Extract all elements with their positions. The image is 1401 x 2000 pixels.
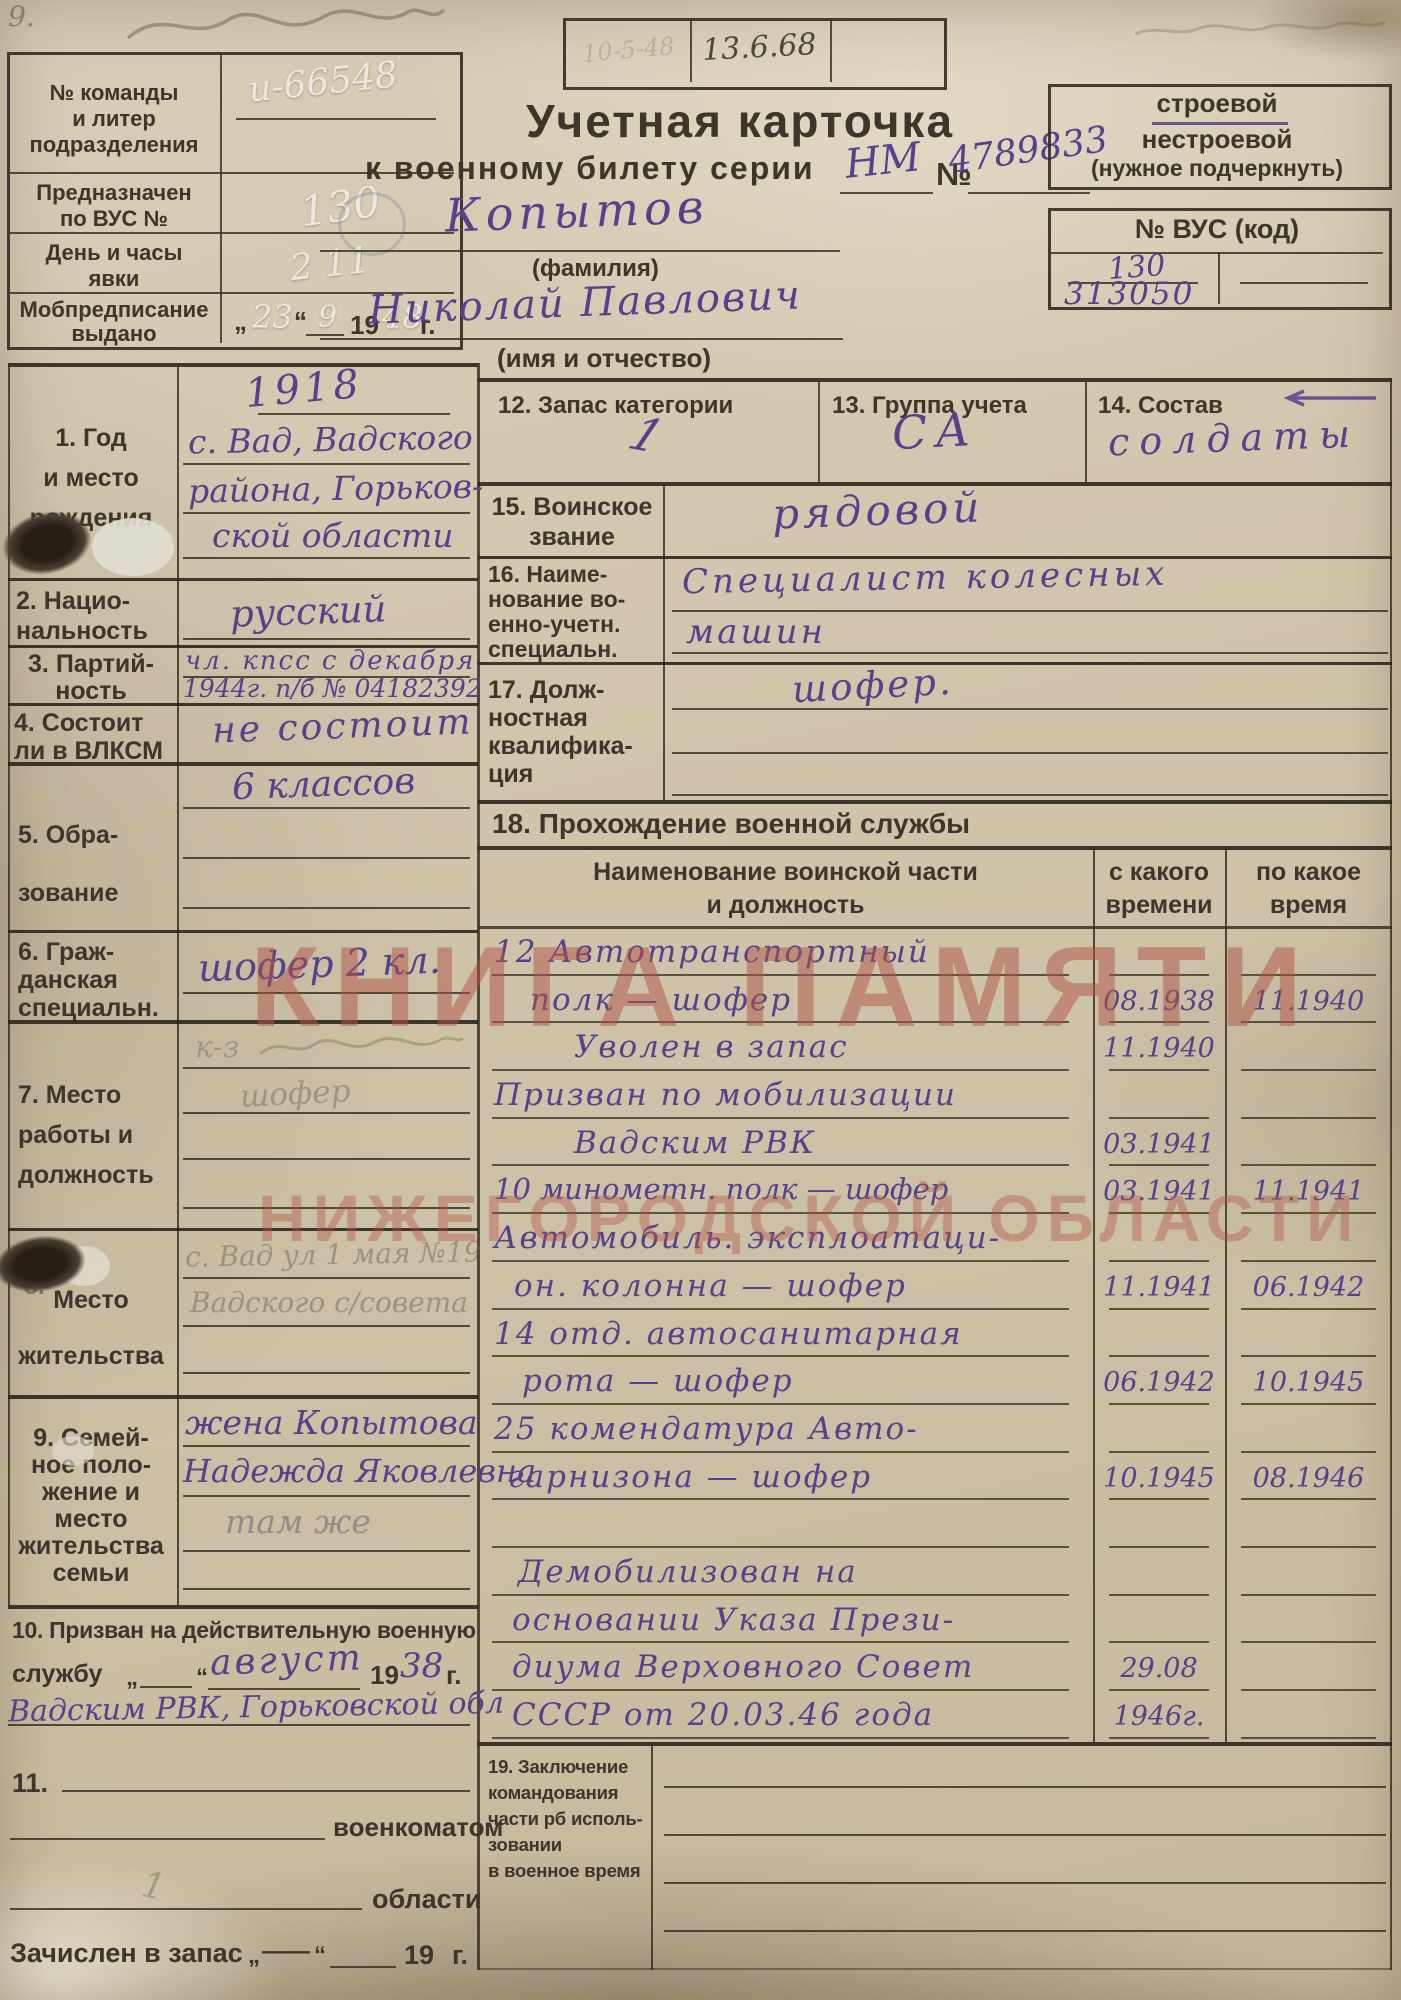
table-row: диума Верховного Совет29.08 <box>478 1643 1392 1691</box>
to-cell: 10.1945 <box>1225 1357 1392 1405</box>
s11-pencil-mark: 1 <box>138 1864 169 1909</box>
from-cell <box>1093 928 1225 976</box>
s11-line1 <box>62 1790 470 1792</box>
from-cell <box>1093 1071 1225 1119</box>
s9-line1 <box>183 1445 470 1447</box>
mob-row4-month: 9 <box>318 300 337 335</box>
illegible-pencil-squiggle <box>255 1026 465 1066</box>
mob-row4-close-quote: “ <box>294 306 307 337</box>
unit-cell: Демобилизован на <box>478 1548 1093 1596</box>
party-line2: 1944г. п/б № 04182392 <box>183 674 482 703</box>
bottom-dash: —— <box>262 1938 310 1966</box>
mob-row3-label: День и часы явки <box>10 240 218 292</box>
given-names-caption: (имя и отчество) <box>497 343 711 374</box>
s1-line3 <box>183 557 470 559</box>
bottom-close-quote: “ <box>314 1942 326 1970</box>
record-group-value: СА <box>891 402 980 460</box>
duty-line-stroevoi: строевой <box>1048 88 1386 119</box>
mob-row4-open-quote: „ <box>234 306 247 337</box>
rule-after-s6 <box>8 1020 478 1024</box>
s8-line3 <box>183 1372 470 1374</box>
section15-label: 15. Воинское звание <box>482 492 662 552</box>
rule-after-s9 <box>8 1605 478 1609</box>
section17-label: 17. Долж- ностная квалифика- ция <box>488 676 660 788</box>
series-underline <box>840 192 933 194</box>
table-row: 12 Автотранспортный <box>478 928 1392 976</box>
table-row: СССР от 20.03.46 года1946г. <box>478 1691 1392 1739</box>
s8-line1 <box>183 1277 470 1279</box>
section3-label: 3. Партий- ность <box>10 651 172 705</box>
surname-underline <box>320 250 840 252</box>
table-row: рота — шофер06.194210.1945 <box>478 1357 1392 1405</box>
unit-cell: гарнизона — шофер <box>478 1453 1093 1501</box>
unit-cell: рота — шофер <box>478 1357 1093 1405</box>
composition-value: солдаты <box>1107 412 1360 465</box>
from-cell: 03.1941 <box>1093 1166 1225 1214</box>
from-cell: 11.1940 <box>1093 1023 1225 1071</box>
table-row: гарнизона — шофер10.194508.1946 <box>478 1453 1392 1501</box>
table-row: Уволен в запас11.1940 <box>478 1023 1392 1071</box>
number-underline <box>968 192 1090 194</box>
bottom-line-rule <box>330 1966 396 1968</box>
duty-line-nestroevoi: нестроевой <box>1048 124 1386 155</box>
faint-stamp-trace <box>338 192 406 256</box>
section5-label: 5. Обра- зование <box>18 806 178 922</box>
s11-word-voenkomat: военкоматом <box>333 1812 503 1843</box>
from-cell: 03.1941 <box>1093 1119 1225 1167</box>
s10-close-quote: “ <box>196 1664 208 1692</box>
s7-line1 <box>183 1067 470 1069</box>
s7-line3 <box>183 1158 470 1160</box>
s17-line3 <box>672 794 1388 796</box>
s19-line4 <box>664 1930 1386 1932</box>
military-rank-value: рядовой <box>771 482 984 538</box>
from-cell <box>1093 1214 1225 1262</box>
duty-line-note: (нужное подчеркнуть) <box>1048 155 1386 182</box>
section16-label: 16. Наиме- нование во- енно-учетн. специ… <box>488 562 660 662</box>
s2-line <box>183 638 470 640</box>
section6-label: 6. Граж- данская специальн. <box>18 938 178 1022</box>
s5-line1 <box>183 807 470 809</box>
rule-after-s18-title <box>478 846 1392 850</box>
from-cell: 11.1941 <box>1093 1262 1225 1310</box>
stamp-box-date-value: 13.6.68 <box>701 27 817 68</box>
table-row: 25 комендатура Авто- <box>478 1405 1392 1453</box>
unit-cell: Уволен в запас <box>478 1023 1093 1071</box>
s1-line2 <box>183 512 470 514</box>
mob-row1-label: № команды и литер подразделения <box>10 80 218 158</box>
to-cell <box>1225 1310 1392 1358</box>
unit-cell: полк — шофер <box>478 976 1093 1024</box>
s17-line1 <box>672 708 1388 710</box>
call-up-month-value: август <box>209 1637 364 1683</box>
table-row: Вадским РВК03.1941 <box>478 1119 1392 1167</box>
header-rule-left <box>8 363 478 367</box>
s11-line3 <box>10 1908 362 1910</box>
from-cell: 10.1945 <box>1093 1453 1225 1501</box>
service-table: 12 Автотранспортный полк — шофер08.19381… <box>478 928 1392 1739</box>
section14-label: 14. Состав <box>1098 392 1223 420</box>
s6-line1 <box>183 992 470 994</box>
unit-cell: Призван по мобилизации <box>478 1071 1093 1119</box>
rule-after-s5 <box>8 930 478 933</box>
vus-box-header-line <box>1051 252 1383 254</box>
to-cell <box>1225 1071 1392 1119</box>
unit-cell: основании Указа Прези- <box>478 1596 1093 1644</box>
section10-line1: 10. Призван на действительную военную <box>12 1617 476 1644</box>
corner-number-scribble: 9. <box>8 0 35 33</box>
s5-line2 <box>183 857 470 859</box>
to-cell: 06.1942 <box>1225 1262 1392 1310</box>
to-cell <box>1225 1500 1392 1548</box>
to-cell: 11.1941 <box>1225 1166 1392 1214</box>
table-row: Автомобиль. эксплоатаци- <box>478 1214 1392 1262</box>
from-cell <box>1093 1500 1225 1548</box>
section18-title: 18. Прохождение военной службы <box>492 808 970 840</box>
to-cell <box>1225 1214 1392 1262</box>
top-pencil-scrawl <box>120 0 450 52</box>
mob-row4-day: 23 <box>252 298 293 336</box>
work-place-value: к-з <box>195 1030 239 1065</box>
given-names-underline <box>320 338 843 340</box>
to-cell <box>1225 1643 1392 1691</box>
call-up-year-value: 38 <box>400 1646 443 1686</box>
unit-cell: СССР от 20.03.46 года <box>478 1691 1093 1739</box>
stamp-box-divider-1 <box>690 20 692 82</box>
card-subtitle: к военному билету серии <box>365 150 815 187</box>
s5-line3 <box>183 907 470 909</box>
to-cell <box>1225 1119 1392 1167</box>
from-cell: 29.08 <box>1093 1643 1225 1691</box>
s9-line2 <box>183 1495 470 1497</box>
vus-specialty-line2: машин <box>686 612 826 652</box>
position-qualification-value: шофер. <box>791 660 955 711</box>
s19-line1 <box>664 1786 1386 1788</box>
s17-line2 <box>672 752 1388 754</box>
to-cell <box>1225 1023 1392 1071</box>
unit-cell <box>478 1500 1093 1548</box>
call-up-rvk-value: Вадским РВК, Горьковской обл <box>8 1686 504 1730</box>
section2-label: 2. Нацио- нальность <box>16 586 176 646</box>
unit-cell: 10 минометн. полк — шофер <box>478 1166 1093 1214</box>
s19-line3 <box>664 1882 1386 1884</box>
nationality-value: русский <box>229 587 387 635</box>
party-line1: чл. кпсс с декабря <box>185 646 475 676</box>
education-value: 6 классов <box>231 761 416 808</box>
unit-cell: он. колонна — шофер <box>478 1262 1093 1310</box>
section19-label: 19. Заключение командования части рб исп… <box>488 1754 646 1884</box>
ticket-series-value: НМ <box>843 134 923 188</box>
s1-line0 <box>258 413 450 415</box>
unit-cell: 14 отд. автосанитарная <box>478 1310 1093 1358</box>
s7-line4 <box>183 1207 470 1209</box>
mob-row4-label: Мобпредписание выдано <box>10 298 218 346</box>
rule-after-table <box>478 1742 1392 1746</box>
to-cell <box>1225 1405 1392 1453</box>
unit-cell: диума Верховного Совет <box>478 1643 1093 1691</box>
table-row: он. колонна — шофер11.194106.1942 <box>478 1262 1392 1310</box>
from-cell: 08.1938 <box>1093 976 1225 1024</box>
bottom-open-quote: „ <box>248 1942 260 1970</box>
birth-year-value: 1918 <box>243 361 364 417</box>
divider-13-14 <box>1085 382 1087 482</box>
table-col1-header: Наименование воинской части и должность <box>478 856 1093 922</box>
table-row <box>478 1500 1392 1548</box>
section10-word: службу <box>12 1660 102 1689</box>
work-position-value: шофер <box>239 1073 351 1115</box>
section12-label: 12. Запас категории <box>498 392 733 420</box>
s19-bottom-rule <box>478 1968 1392 1970</box>
table-row: 14 отд. автосанитарная <box>478 1310 1392 1358</box>
birth-place-line3: ской области <box>212 516 454 555</box>
torn-paper-patch-top <box>92 518 174 576</box>
vus-box-title: № ВУС (код) <box>1048 214 1386 245</box>
s19-label-divider <box>651 1742 653 1970</box>
vlksm-value: не состоит <box>211 701 474 751</box>
table-col2-header: с какого времени <box>1093 856 1225 922</box>
to-cell <box>1225 1691 1392 1739</box>
bottom-year-prefix: 19 <box>404 1940 434 1971</box>
mob-row2-label: Предназначен по ВУС № <box>10 180 218 232</box>
civil-specialty-value: шофер 2 кл. <box>197 938 441 990</box>
to-cell: 11.1940 <box>1225 976 1392 1024</box>
divider-12-13 <box>818 382 820 482</box>
vus-value-bottom: 313050 <box>1064 276 1194 312</box>
mob-box-label-divider <box>220 55 222 343</box>
vus-right-cell-line <box>1240 282 1368 284</box>
to-cell <box>1225 1548 1392 1596</box>
header-rule-right <box>478 378 1392 382</box>
to-cell: 08.1946 <box>1225 1453 1392 1501</box>
s1-line1 <box>183 463 470 465</box>
s9-line4 <box>183 1588 470 1590</box>
birth-place-line1: с. Вад, Вадского <box>188 418 473 462</box>
s10-year-prefix: 19 <box>370 1660 399 1691</box>
table-row: Демобилизован на <box>478 1548 1392 1596</box>
to-cell <box>1225 928 1392 976</box>
s10-rvk-line <box>8 1724 470 1726</box>
section11-number: 11. <box>12 1768 48 1799</box>
section4-label: 4. Состоит ли в ВЛКСМ <box>14 709 178 765</box>
family-line3: там же <box>225 1502 371 1541</box>
unit-cell: 12 Автотранспортный <box>478 928 1093 976</box>
residence-line2: Вадского с/совета <box>190 1286 468 1319</box>
from-cell <box>1093 1596 1225 1644</box>
rule-after-s1 <box>8 578 478 581</box>
mob-row1-value-line <box>236 118 436 120</box>
from-cell: 06.1942 <box>1093 1357 1225 1405</box>
ink-arrow-mark <box>1280 388 1380 408</box>
vus-specialty-line1: Специалист колесных <box>682 554 1169 602</box>
section7-label: 7. Место работы и должность <box>18 1075 178 1195</box>
s7-line2 <box>183 1112 470 1114</box>
s11-word-oblast: области <box>372 1884 482 1915</box>
from-cell <box>1093 1405 1225 1453</box>
surname-value: Копытов <box>444 179 709 242</box>
small-white-spot <box>52 1436 94 1466</box>
unit-cell: 25 комендатура Авто- <box>478 1405 1093 1453</box>
s9-line3 <box>183 1550 470 1552</box>
s8-line2 <box>183 1325 470 1327</box>
table-row: 10 минометн. полк — шофер03.194111.1941 <box>478 1166 1392 1214</box>
rule-after-s17 <box>478 800 1392 804</box>
rule-after-s7 <box>8 1228 478 1231</box>
top-right-pencil-marks <box>1130 12 1390 46</box>
table-row: Призван по мобилизации <box>478 1071 1392 1119</box>
vus-box-divider <box>1218 252 1220 304</box>
table-row: основании Указа Прези- <box>478 1596 1392 1644</box>
table-row: полк — шофер08.193811.1940 <box>478 976 1392 1024</box>
from-cell <box>1093 1310 1225 1358</box>
unit-cell: Вадским РВК <box>478 1119 1093 1167</box>
to-cell <box>1225 1596 1392 1644</box>
rule-after-s8 <box>8 1395 478 1399</box>
unit-cell: Автомобиль. эксплоатаци- <box>478 1214 1093 1262</box>
stamp-box-divider-2 <box>830 20 832 82</box>
right-label-divider <box>663 482 665 800</box>
s10-day-line <box>140 1686 192 1688</box>
birth-place-line2: района, Горьков- <box>188 466 484 510</box>
from-cell <box>1093 1548 1225 1596</box>
s10-open-quote: „ <box>126 1664 138 1692</box>
s16-line2 <box>672 652 1388 654</box>
s19-line2 <box>664 1834 1386 1836</box>
residence-line1: с. Вад ул 1 мая №19 <box>185 1235 482 1273</box>
military-registration-card-scan: 9. 10-5-48 13.6.68 № команды и литер под… <box>0 0 1401 2000</box>
table-col3-header: по какое время <box>1225 856 1392 922</box>
family-line1: жена Копытова <box>185 1403 478 1442</box>
bottom-year-suffix: г. <box>452 1940 468 1971</box>
reserve-enrolled-label: Зачислен в запас <box>10 1938 243 1969</box>
s11-line2 <box>10 1838 325 1840</box>
from-cell: 1946г. <box>1093 1691 1225 1739</box>
